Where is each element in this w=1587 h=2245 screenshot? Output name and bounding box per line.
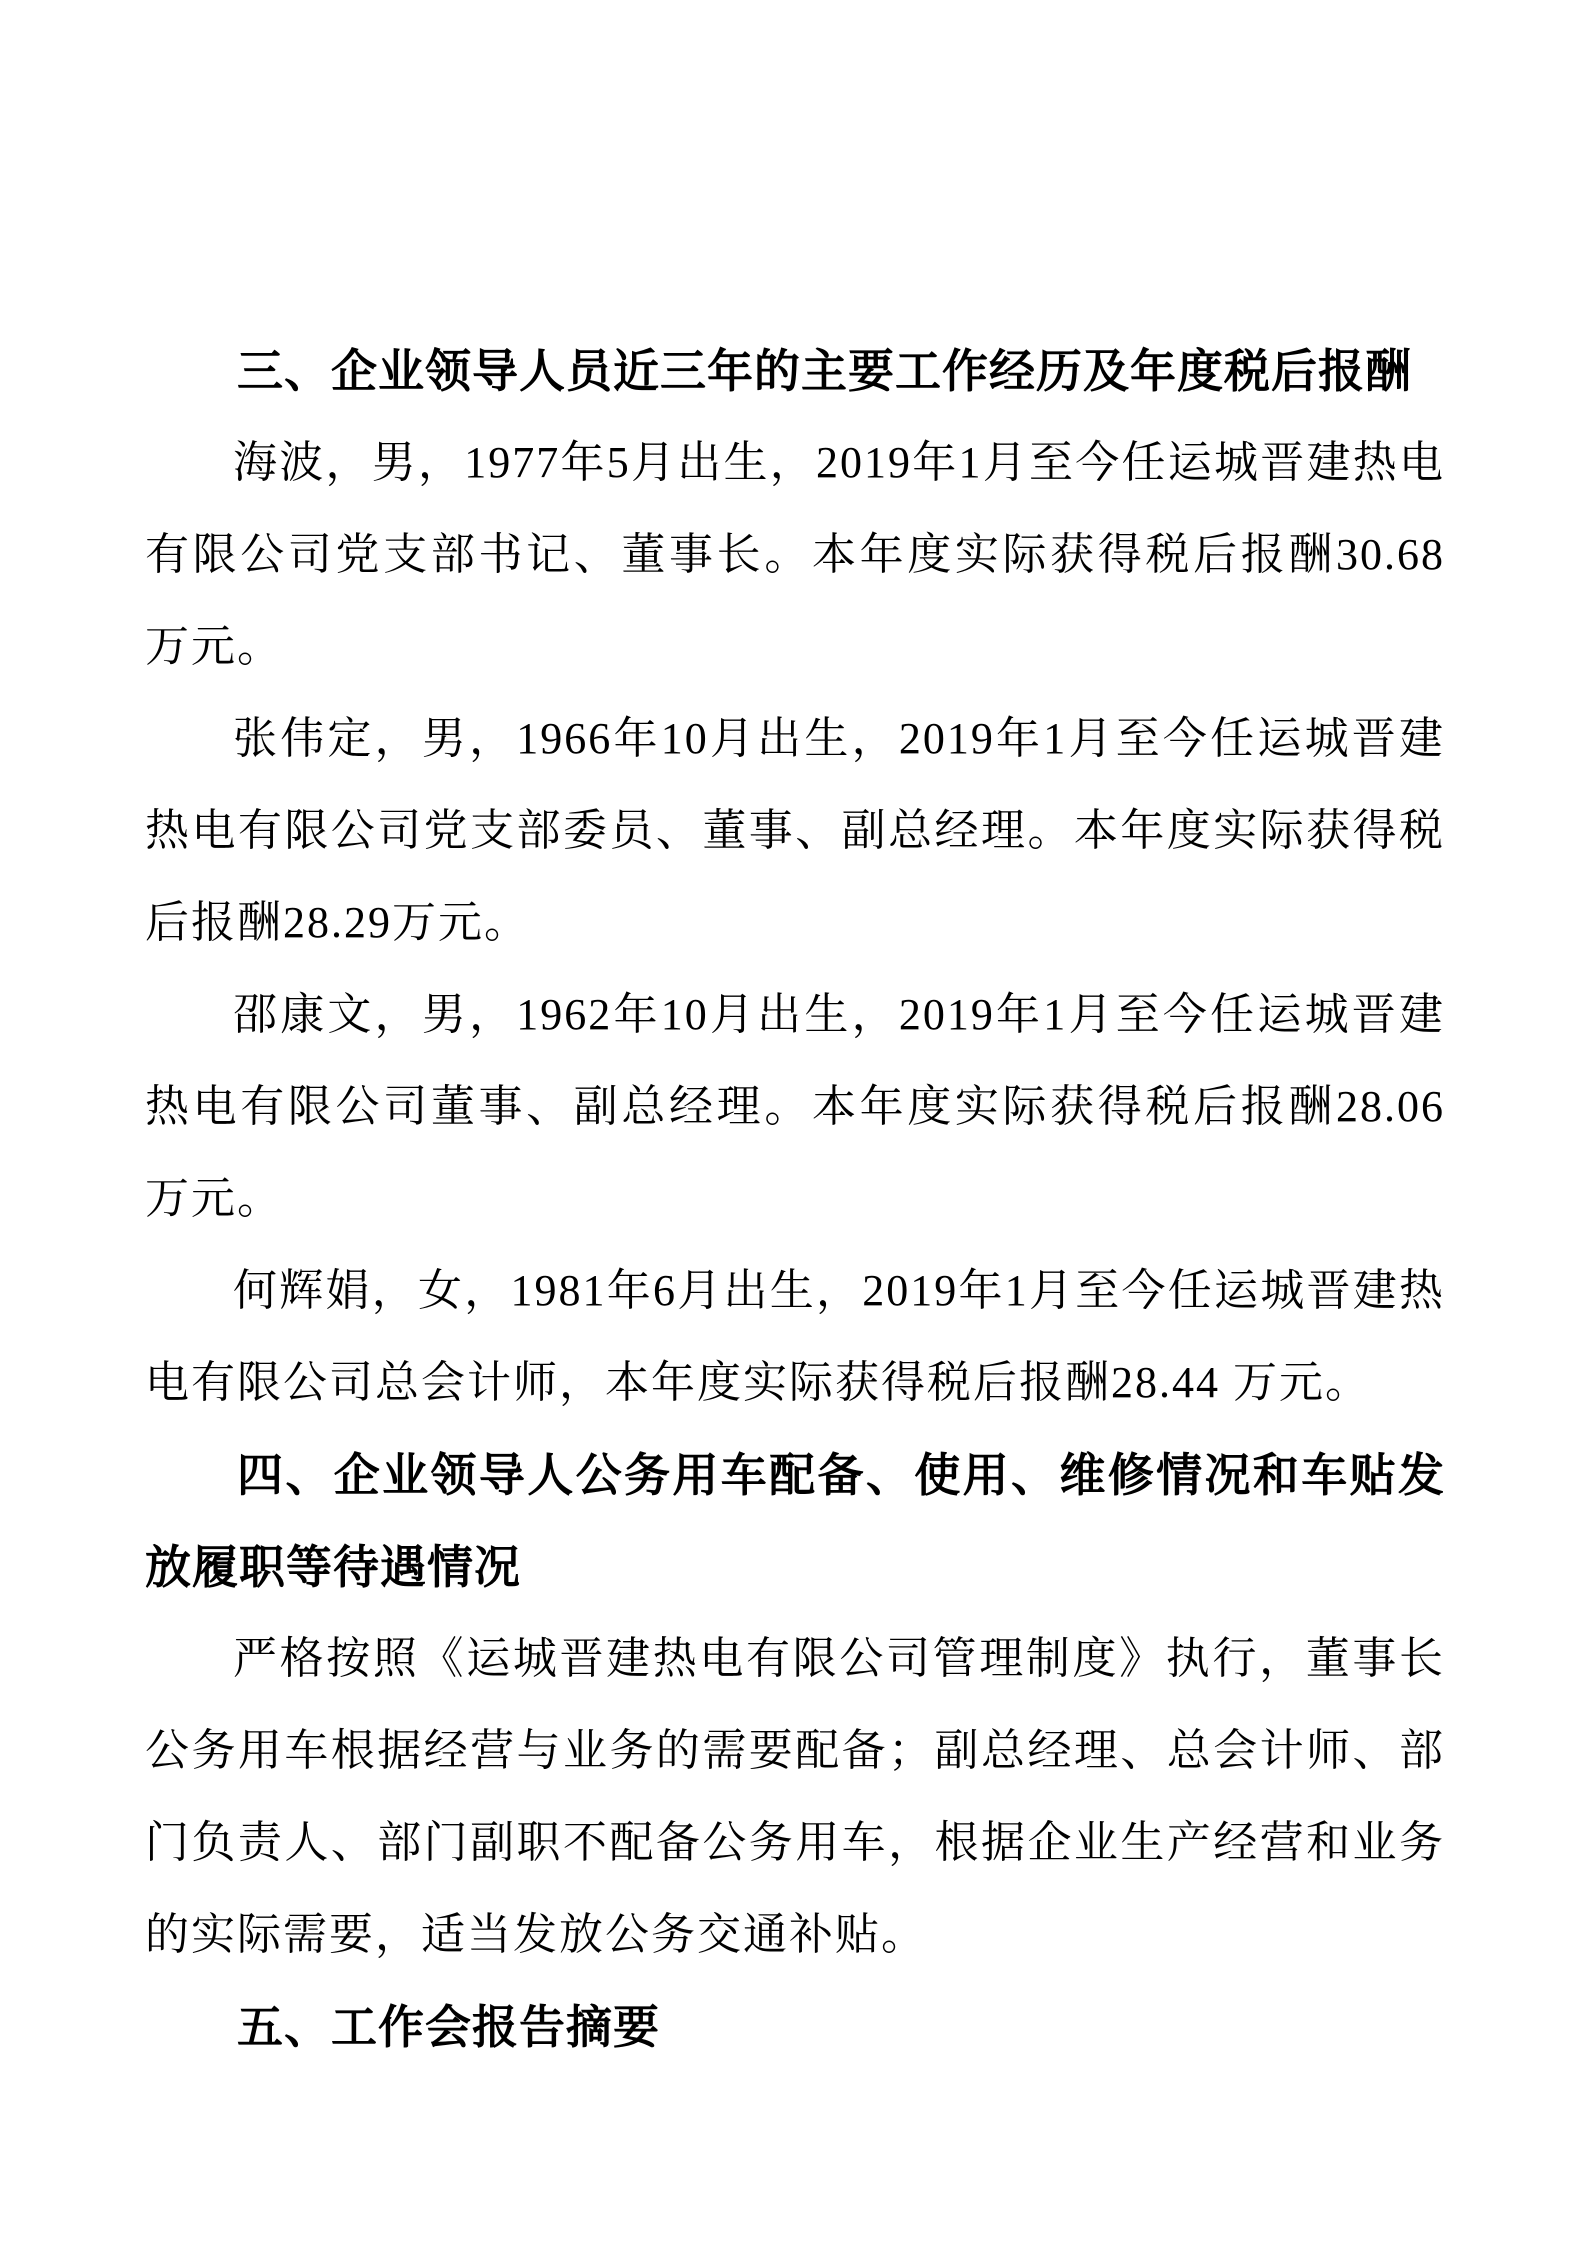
section-heading: 三、企业领导人员近三年的主要工作经历及年度税后报酬: [145, 325, 1445, 417]
document-page: 三、企业领导人员近三年的主要工作经历及年度税后报酬海波，男，1977年5月出生，…: [0, 0, 1587, 2245]
section-heading: 五、工作会报告摘要: [145, 1981, 1445, 2073]
body-paragraph: 邵康文，男，1962年10月出生，2019年1月至今任运城晋建热电有限公司董事、…: [145, 969, 1445, 1245]
body-paragraph: 严格按照《运城晋建热电有限公司管理制度》执行，董事长公务用车根据经营与业务的需要…: [145, 1613, 1445, 1981]
body-paragraph: 海波，男，1977年5月出生，2019年1月至今任运城晋建热电有限公司党支部书记…: [145, 417, 1445, 693]
section-heading: 四、企业领导人公务用车配备、使用、维修情况和车贴发放履职等待遇情况: [145, 1429, 1445, 1613]
body-paragraph: 何辉娟，女，1981年6月出生，2019年1月至今任运城晋建热电有限公司总会计师…: [145, 1245, 1445, 1429]
body-paragraph: 张伟定，男，1966年10月出生，2019年1月至今任运城晋建热电有限公司党支部…: [145, 693, 1445, 969]
document-body: 三、企业领导人员近三年的主要工作经历及年度税后报酬海波，男，1977年5月出生，…: [145, 325, 1445, 2073]
